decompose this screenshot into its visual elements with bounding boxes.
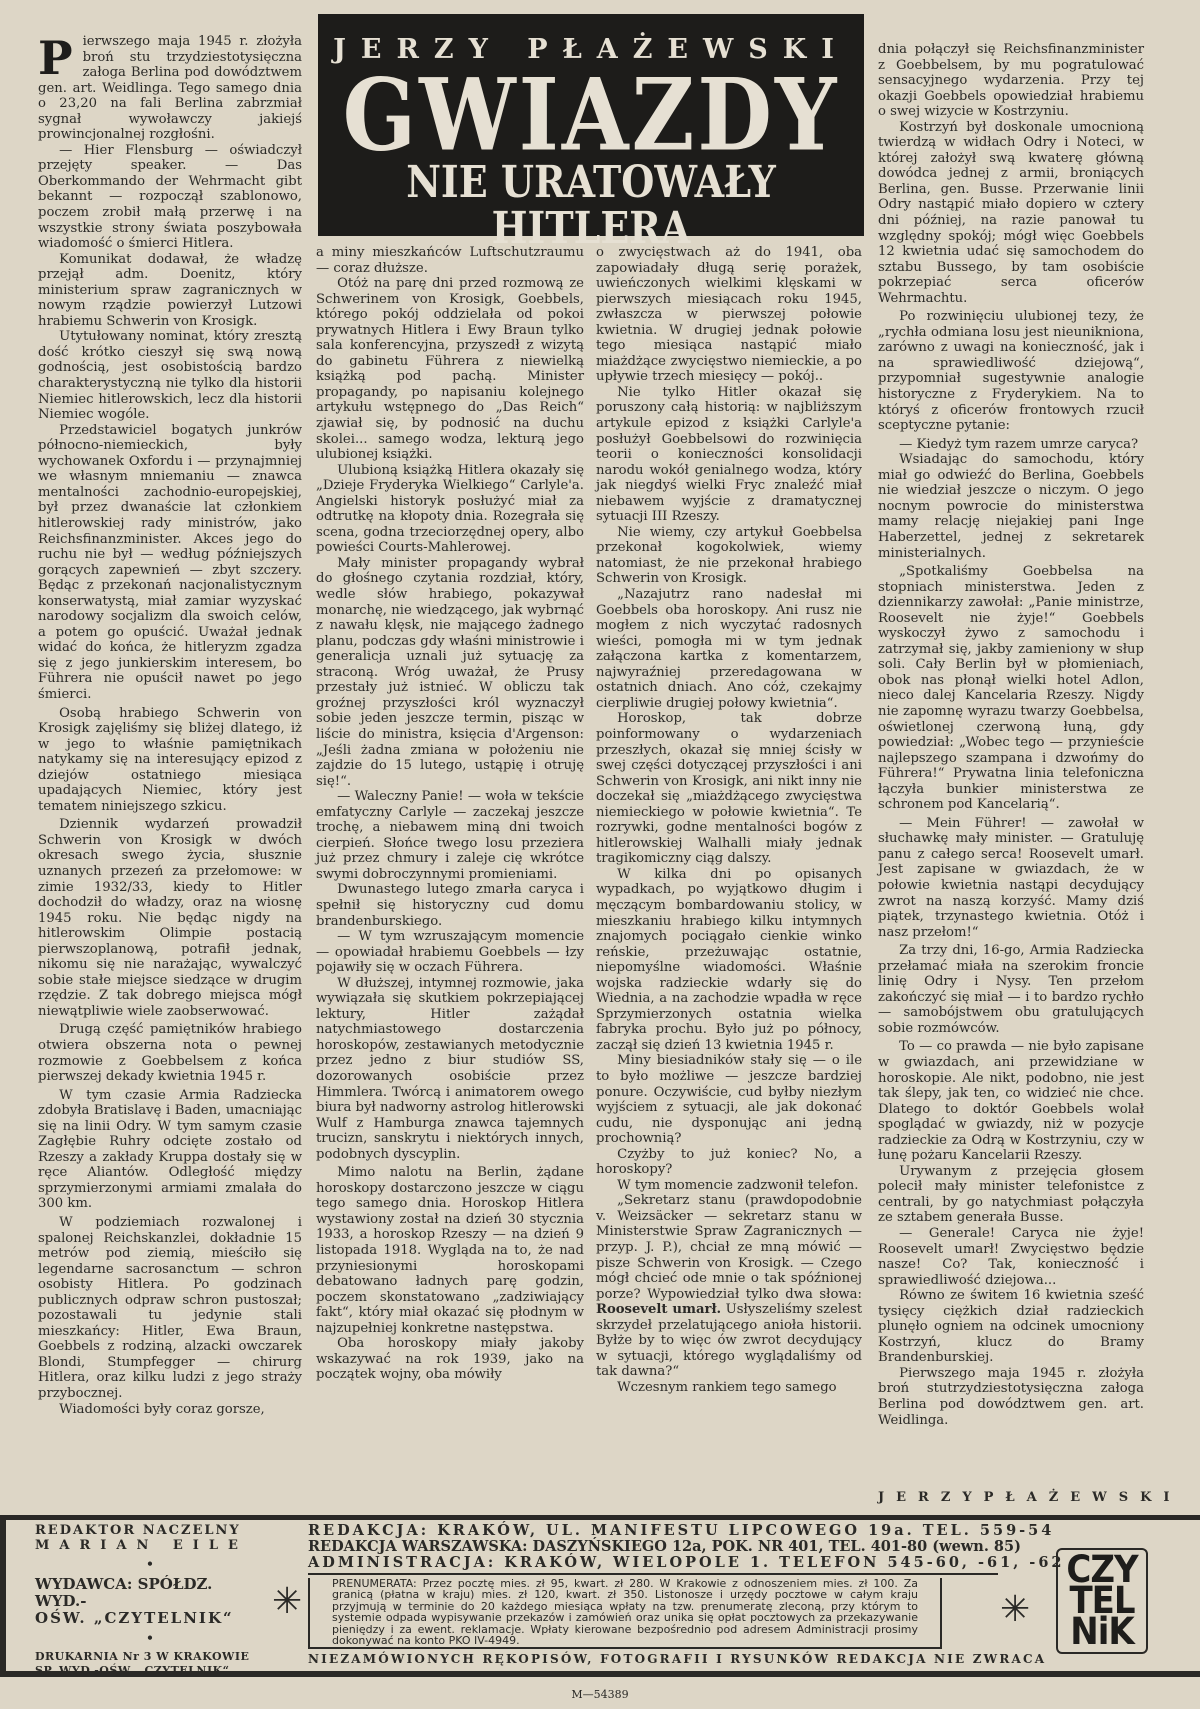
paragraph: Drugą część pamiętników hrabiego otwiera… <box>38 1022 302 1084</box>
paragraph: Nie tylko Hitler okazał się poruszony ca… <box>596 385 862 525</box>
editor-label: REDAKTOR NACZELNY <box>35 1523 265 1538</box>
paragraph: Urywanym z przejęcia głosem polecił mały… <box>878 1164 1144 1226</box>
paragraph: W dłuższej, intymnej rozmowie, jaka wywi… <box>316 976 584 1163</box>
paragraph: Kostrzyń był doskonale umocnioną twierdz… <box>878 120 1144 307</box>
paragraph: „Nazajutrz rano nadesłał mi Goebbels oba… <box>596 587 862 711</box>
paragraph: dnia połączył się Reichsfinanzminister z… <box>878 42 1144 120</box>
article-column-4: dnia połączył się Reichsfinanzminister z… <box>878 34 1144 1428</box>
czytelnik-logo: CZY TEL NiK <box>1056 1548 1148 1654</box>
paragraph: Dwunastego lutego zmarła caryca i spełni… <box>316 882 584 929</box>
bold-quote: Roosevelt umarł. <box>596 1302 721 1317</box>
paragraph: — W tym wzruszającym momencie — opowiada… <box>316 929 584 976</box>
editor-name: MARIAN EILE <box>35 1538 265 1553</box>
paragraph: „Sekretarz stanu (prawdopodobnie v. Weiz… <box>596 1193 862 1380</box>
paragraph: Wiadomości były coraz gorsze, <box>38 1402 302 1418</box>
address-warszawa: REDAKCJA WARSZAWSKA: DASZYŃSKIEGO 12a, P… <box>308 1539 998 1555</box>
footer-masthead: REDAKTOR NACZELNY MARIAN EILE • WYDAWCA:… <box>35 1523 265 1678</box>
footer-addresses: REDAKCJA: KRAKÓW, UL. MANIFESTU LIPCOWEG… <box>308 1523 998 1666</box>
asterisk-icon: ✳ <box>272 1584 302 1620</box>
paragraph: Równo ze świtem 16 kwietnia sześć tysięc… <box>878 1288 1144 1366</box>
footer-bottom-rule <box>0 1671 1200 1677</box>
paragraph: o zwycięstwach aż do 1941, oba zapowiada… <box>596 245 862 385</box>
paragraph: Nie wiemy, czy artykuł Goebbelsa przekon… <box>596 525 862 587</box>
asterisk-icon: ✳ <box>1000 1592 1030 1628</box>
paragraph: Dziennik wydarzeń prowadził Schwerin von… <box>38 817 302 1019</box>
paragraph: Otóż na parę dni przed rozmową ze Schwer… <box>316 276 584 463</box>
print-code: M—54389 <box>0 1688 1200 1701</box>
paragraph: Wsiadając do samochodu, który miał go od… <box>878 452 1144 561</box>
paragraph: Osobą hrabiego Schwerin von Krosigk zaję… <box>38 706 302 815</box>
separator-dot: • <box>35 1557 265 1572</box>
paragraph: Czyżby to już koniec? No, a horoskopy? <box>596 1147 862 1178</box>
paragraph: To — co prawda — nie było zapisane w gwi… <box>878 1039 1144 1163</box>
quote-text: „Sekretarz stanu (prawdopodobnie v. Weiz… <box>596 1193 862 1301</box>
address-rule <box>308 1573 998 1575</box>
headline-title: GWIAZDY <box>318 64 864 168</box>
paragraph: a miny mieszkańców Luftschutzraumu — cor… <box>316 245 584 276</box>
paragraph: Horoskop, tak dobrze poinformowany o wyd… <box>596 711 862 866</box>
paragraph: ierwszego maja 1945 r. złożyła broń stu … <box>38 34 302 143</box>
signature-first-name: JERZY <box>878 1490 984 1505</box>
printer-line-1: DRUKARNIA Nr 3 W KRAKOWIE <box>35 1650 265 1664</box>
paragraph: W tym czasie Armia Radziecka zdobyła Bra… <box>38 1088 302 1212</box>
paragraph: — Kiedyż tym razem umrze caryca? <box>878 437 1144 453</box>
paragraph: Mimo nalotu na Berlin, żądane horoskopy … <box>316 1165 584 1336</box>
paragraph: Po rozwinięciu ulubionej tezy, że „rychł… <box>878 309 1144 433</box>
footer-left-bar <box>0 1515 6 1675</box>
separator-dot: • <box>35 1631 265 1646</box>
logo-line: NiK <box>1070 1615 1133 1649</box>
paragraph: — Waleczny Panie! — woła w tekście emfat… <box>316 789 584 882</box>
paragraph: „Spotkaliśmy Goebbelsa na stopniach mini… <box>878 564 1144 813</box>
paragraph: Mały minister propagandy wybrał do głośn… <box>316 556 584 789</box>
paragraph: Komunikat dodawał, że władzę przejął adm… <box>38 252 302 330</box>
article-column-2: a miny mieszkańców Luftschutzraumu — cor… <box>316 245 584 1383</box>
address-krakow: REDAKCJA: KRAKÓW, UL. MANIFESTU LIPCOWEG… <box>308 1523 998 1539</box>
signature-last-name: PŁAŻEWSKI <box>984 1490 1182 1505</box>
footer-top-rule <box>0 1515 1200 1520</box>
drop-cap: P <box>38 38 73 78</box>
paragraph: Utytułowany nominat, który zresztą dość … <box>38 329 302 422</box>
article-column-1: P ierwszego maja 1945 r. złożyła broń st… <box>38 34 302 1417</box>
paragraph: Za trzy dni, 16-go, Armia Radziecka prze… <box>878 943 1144 1036</box>
article-column-3: o zwycięstwach aż do 1941, oba zapowiada… <box>596 245 862 1395</box>
paragraph: W podziemiach rozwalonej i spalonej Reic… <box>38 1215 302 1402</box>
publisher-line-2: OŚW. „CZYTELNIK“ <box>35 1610 265 1627</box>
paragraph: Przedstawiciel bogatych junkrów północno… <box>38 423 302 703</box>
subscription-info: PRENUMERATA: Przez pocztę mies. zł 95, k… <box>308 1578 942 1649</box>
paragraph: — Mein Führer! — zawołał w słuchawkę mał… <box>878 816 1144 940</box>
author-signature: JERZY PŁAŻEWSKI <box>878 1490 1144 1505</box>
paragraph: Pierwszego maja 1945 r. złożyła broń stu… <box>878 1366 1144 1428</box>
headline-subtitle: NIE URATOWAŁY HITLERA <box>318 159 864 251</box>
paragraph: Oba horoskopy miały jakoby wskazywać na … <box>316 1336 584 1383</box>
address-administration: ADMINISTRACJA: KRAKÓW, WIELOPOLE 1. TELE… <box>308 1555 998 1571</box>
publisher-line-1: WYDAWCA: SPÓŁDZ. WYD.- <box>35 1576 265 1610</box>
paragraph: — Hier Flensburg — oświadczył przejęty s… <box>38 143 302 252</box>
paragraph: W tym momencie zadzwonił telefon. <box>596 1178 862 1194</box>
paragraph: Miny biesiadników stały się — o ile to b… <box>596 1053 862 1146</box>
paragraph: Ulubioną książką Hitlera okazały się „Dz… <box>316 463 584 556</box>
manuscripts-notice: NIEZAMÓWIONYCH RĘKOPISÓW, FOTOGRAFII I R… <box>308 1652 998 1666</box>
paragraph: — Generale! Caryca nie żyje! Roosevelt u… <box>878 1226 1144 1288</box>
headline-banner: JERZY PŁAŻEWSKI GWIAZDY NIE URATOWAŁY HI… <box>318 14 864 236</box>
paragraph: W kilka dni po opisanych wypadkach, po w… <box>596 867 862 1054</box>
paragraph: Wczesnym rankiem tego samego <box>596 1380 862 1396</box>
